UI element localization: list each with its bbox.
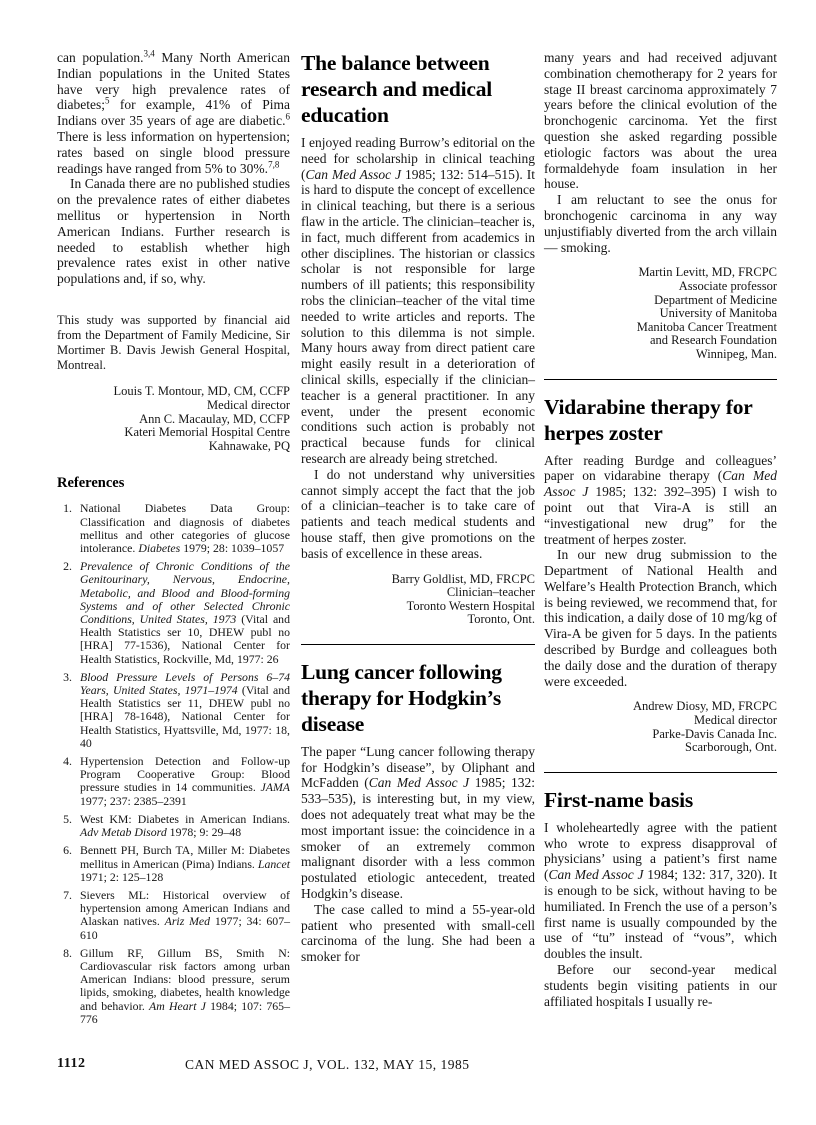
letter-title: Vidarabine therapy for herpes zoster: [544, 394, 777, 446]
signature-block: Martin Levitt, MD, FRCPCAssociate profes…: [544, 266, 777, 361]
body-paragraph: many years and had received adjuvant com…: [544, 50, 777, 192]
signature-line: Clinician–teacher: [301, 586, 535, 600]
text-segment: Can Med Assoc J: [369, 775, 469, 790]
text-segment: can population.: [57, 50, 143, 65]
reference-item: 3.Blood Pressure Levels of Persons 6–74 …: [57, 671, 290, 750]
text-segment: 1971; 2: 125–128: [80, 870, 163, 884]
signature-line: Medical director: [544, 714, 777, 728]
reference-text: National Diabetes Data Group: Classifica…: [80, 501, 290, 555]
signature-line: Ann C. Macaulay, MD, CCFP: [57, 413, 290, 427]
reference-item: 6.Bennett PH, Burch TA, Miller M: Diabet…: [57, 844, 290, 884]
text-segment: There is less information on hypertensio…: [57, 129, 290, 176]
signature-line: Department of Medicine: [544, 294, 777, 308]
middle-column: The balance between research and medical…: [301, 50, 535, 965]
reference-text: Gillum RF, Gillum BS, Smith N: Cardiovas…: [80, 946, 290, 1026]
body-paragraph: In our new drug submission to the Depart…: [544, 547, 777, 689]
body-paragraph: After reading Burdge and colleagues’ pap…: [544, 453, 777, 548]
references-heading: References: [57, 475, 290, 492]
body-paragraph: Before our second-year medical students …: [544, 962, 777, 1009]
text-segment: Ariz Med: [165, 914, 210, 928]
reference-item: 1.National Diabetes Data Group: Classifi…: [57, 502, 290, 555]
signature-line: and Research Foundation: [544, 334, 777, 348]
signature-line: Toronto, Ont.: [301, 613, 535, 627]
reference-item: 8.Gillum RF, Gillum BS, Smith N: Cardiov…: [57, 947, 290, 1026]
reference-number: 4.: [57, 755, 72, 768]
reference-text: Sievers ML: Historical overview of hyper…: [80, 888, 290, 942]
text-segment: Am Heart J: [149, 999, 206, 1013]
left-column: can population.3,4 Many North American I…: [57, 50, 290, 1031]
reference-text: West KM: Diabetes in American Indians. A…: [80, 812, 290, 839]
text-segment: Adv Metab Disord: [80, 825, 167, 839]
signature-line: Manitoba Cancer Treatment: [544, 321, 777, 335]
body-paragraph: I enjoyed reading Burrow’s editorial on …: [301, 135, 535, 467]
text-segment: Diabetes: [138, 541, 180, 555]
letter-title: The balance between research and medical…: [301, 50, 535, 128]
body-paragraph: I am reluctant to see the onus for bronc…: [544, 192, 777, 255]
signature-line: Scarborough, Ont.: [544, 741, 777, 755]
signature-line: Parke-Davis Canada Inc.: [544, 728, 777, 742]
footer-journal-text: CAN MED ASSOC J, VOL. 132, MAY 15, 1985: [185, 1057, 470, 1073]
signature-line: Barry Goldlist, MD, FRCPC: [301, 573, 535, 587]
journal-page: can population.3,4 Many North American I…: [0, 0, 816, 1125]
text-segment: West KM: Diabetes in American Indians.: [80, 812, 290, 826]
reference-text: Bennett PH, Burch TA, Miller M: Diabetes…: [80, 843, 290, 883]
letter-title: First-name basis: [544, 787, 777, 813]
reference-text: Blood Pressure Levels of Persons 6–74 Ye…: [80, 670, 290, 750]
text-segment: Can Med Assoc J: [306, 167, 402, 182]
text-segment: 6: [286, 112, 291, 122]
reference-number: 8.: [57, 947, 72, 960]
reference-number: 2.: [57, 560, 72, 573]
reference-number: 7.: [57, 889, 72, 902]
text-segment: 1978; 9: 29–48: [167, 825, 241, 839]
signature-line: Louis T. Montour, MD, CM, CCFP: [57, 385, 290, 399]
body-paragraph: I wholeheartedly agree with the patient …: [544, 820, 777, 962]
text-segment: 1985; 132: 514–515). It is hard to dispu…: [301, 167, 535, 466]
reference-item: 2.Prevalence of Chronic Conditions of th…: [57, 560, 290, 666]
text-segment: 1985; 132: 533–535), is interesting but,…: [301, 775, 535, 901]
text-segment: 1977; 237: 2385–2391: [80, 794, 187, 808]
section-divider: [301, 644, 535, 645]
body-paragraph: can population.3,4 Many North American I…: [57, 50, 290, 176]
footer-page-number: 1112: [57, 1056, 85, 1071]
body-paragraph: The paper “Lung cancer following therapy…: [301, 744, 535, 902]
text-segment: JAMA: [261, 780, 290, 794]
signature-line: University of Manitoba: [544, 307, 777, 321]
signature-line: Winnipeg, Man.: [544, 348, 777, 362]
text-segment: 1979; 28: 1039–1057: [180, 541, 284, 555]
body-paragraph: I do not understand why universities can…: [301, 467, 535, 562]
page-footer: 1112 CAN MED ASSOC J, VOL. 132, MAY 15, …: [57, 1056, 777, 1076]
signature-block: Barry Goldlist, MD, FRCPCClinician–teach…: [301, 573, 535, 627]
letter-title: Lung cancer following therapy for Hodgki…: [301, 659, 535, 737]
reference-number: 1.: [57, 502, 72, 515]
body-paragraph: In Canada there are no published studies…: [57, 176, 290, 287]
reference-item: 4.Hypertension Detection and Follow-up P…: [57, 755, 290, 808]
reference-number: 3.: [57, 671, 72, 684]
signature-line: Martin Levitt, MD, FRCPC: [544, 266, 777, 280]
signature-line: Kahnawake, PQ: [57, 440, 290, 454]
reference-text: Prevalence of Chronic Conditions of the …: [80, 559, 290, 665]
signature-line: Toronto Western Hospital: [301, 600, 535, 614]
signature-block: Louis T. Montour, MD, CM, CCFPMedical di…: [57, 385, 290, 453]
text-segment: Hypertension Detection and Follow-up Pro…: [80, 754, 290, 794]
signature-line: Medical director: [57, 399, 290, 413]
right-column: many years and had received adjuvant com…: [544, 50, 777, 1009]
signature-line: Andrew Diosy, MD, FRCPC: [544, 700, 777, 714]
text-segment: Can Med Assoc J: [549, 867, 644, 882]
body-paragraph: The case called to mind a 55-year-old pa…: [301, 902, 535, 965]
signature-line: Associate professor: [544, 280, 777, 294]
references-list: 1.National Diabetes Data Group: Classifi…: [57, 502, 290, 1026]
signature-line: Kateri Memorial Hospital Centre: [57, 426, 290, 440]
section-divider: [544, 772, 777, 773]
reference-text: Hypertension Detection and Follow-up Pro…: [80, 754, 290, 808]
reference-number: 5.: [57, 813, 72, 826]
reference-item: 7.Sievers ML: Historical overview of hyp…: [57, 889, 290, 942]
signature-block: Andrew Diosy, MD, FRCPCMedical directorP…: [544, 700, 777, 754]
text-segment: Lancet: [258, 857, 290, 871]
text-segment: 7,8: [268, 159, 279, 169]
section-divider: [544, 379, 777, 380]
acknowledgment-note: This study was supported by financial ai…: [57, 313, 290, 373]
text-segment: 3,4: [143, 49, 154, 59]
reference-item: 5.West KM: Diabetes in American Indians.…: [57, 813, 290, 839]
reference-number: 6.: [57, 844, 72, 857]
